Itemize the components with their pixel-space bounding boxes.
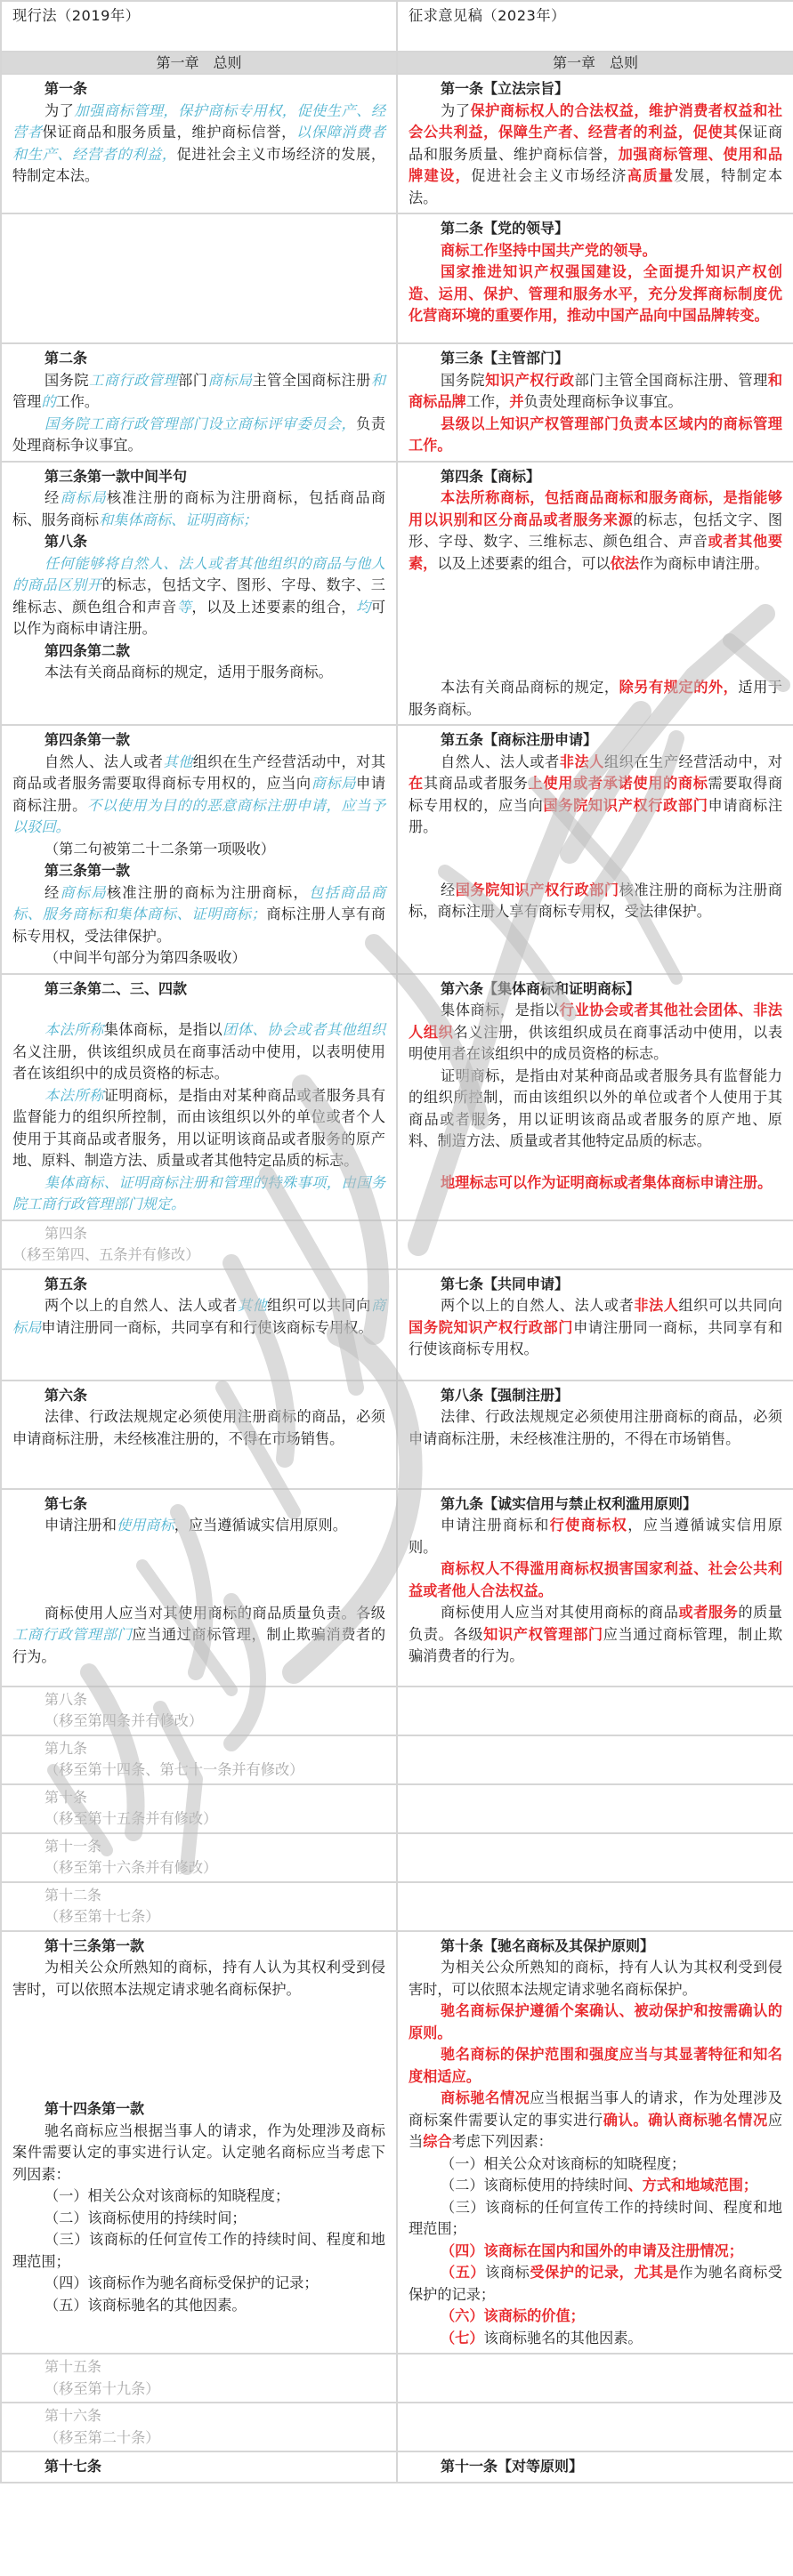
- text-run: 组织可以共同向: [679, 1297, 783, 1314]
- removed-text: 其他: [163, 753, 192, 770]
- article-paragraph: 自然人、法人或者非法人组织在生产经营活动中，对在其商品或者服务上使用或者承诺使用…: [409, 752, 782, 839]
- spacer: [409, 575, 782, 677]
- text-run: （四）该商标作为驰名商标受保护的记录；: [45, 2274, 319, 2291]
- article-paragraph: 法律、行政法规规定必须使用注册商标的商品，必须申请商标注册，未经核准注册的，不得…: [12, 1406, 385, 1450]
- added-text: 县级以上知识产权管理部门负责本区域内的商标管理工作。: [409, 415, 782, 455]
- text-run: 两个以上的自然人、法人或者: [45, 1297, 238, 1314]
- article-paragraph: 集体商标、证明商标注册和管理的特殊事项，由国务院工商行政管理部门规定。: [12, 1172, 385, 1216]
- added-text: 商标工作坚持中国共产党的领导。: [441, 242, 657, 259]
- text-run: （三）该商标的任何宣传工作的持续时间、程度和地理范围；: [12, 2231, 385, 2270]
- added-text: 、方式和地域范围；: [627, 2177, 757, 2194]
- article-title: 第三条【主管部门】: [409, 348, 782, 370]
- current-law-cell: 第二条国务院工商行政管理部门商标局主管全国商标注册和管理的工作。国务院工商行政管…: [1, 343, 397, 462]
- removed-text: 工商行政管理部门: [12, 1626, 132, 1643]
- added-text: 在: [409, 775, 424, 792]
- article-paragraph: （中间半句部分为第四条吸收）: [12, 947, 385, 970]
- text-run: 工作。: [56, 393, 100, 410]
- removed-text: 均: [356, 599, 371, 616]
- article-title: 第三条第一款中间半句: [12, 466, 385, 488]
- text-run: 经: [441, 881, 456, 898]
- column-header-current-law: 现行法（2019年）: [1, 1, 397, 52]
- article-title: 第十七条: [12, 2456, 385, 2478]
- draft-cell: 第五条【商标注册申请】自然人、法人或者非法人组织在生产经营活动中，对在其商品或者…: [397, 725, 793, 974]
- spacer: [409, 839, 782, 880]
- article-paragraph: 申请注册和使用商标，应当遵循诚实信用原则。: [12, 1515, 385, 1537]
- added-text: 除另有规定的外，: [619, 679, 739, 696]
- removed-text: 等: [177, 599, 192, 616]
- article-paragraph: 国务院工商行政管理部门商标局主管全国商标注册和管理的工作。: [12, 370, 385, 414]
- added-text: 非法人: [634, 1297, 678, 1314]
- removed-text: 集体商标、证明商标注册和管理的特殊事项，由国务院工商行政管理部门规定。: [12, 1174, 385, 1213]
- added-text: 商标驰名情况: [441, 2089, 530, 2106]
- added-text: 上使用或者承诺使用的商标: [529, 775, 708, 792]
- current-law-cell: 第三条第二、三、四款本法所称集体商标，是指以团体、协会或者其他组织名义注册，供该…: [1, 974, 397, 1220]
- added-text: 驰名商标的保护范围和强度应当与其显著特征和知名度相适应。: [409, 2046, 782, 2085]
- text-run: 组织可以共同向: [267, 1297, 371, 1314]
- article-paragraph: 为了加强商标管理，保护商标专用权，促使生产、经营者保证商品和服务质量，维护商标信…: [12, 101, 385, 188]
- article-title: 第四条第二款: [12, 640, 385, 663]
- article-paragraph: （四）该商标在国内和国外的申请及注册情况；: [409, 2241, 782, 2263]
- added-text: 商标权人不得滥用商标权损害国家利益、社会公共利益或者他人合法权益。: [409, 1560, 782, 1599]
- text-run: 以及上述要素的组合，可以: [437, 555, 610, 572]
- article-paragraph: 国务院工商行政管理部门设立商标评审委员会，负责处理商标争议事宜。: [12, 414, 385, 457]
- removed-text: 国务院工商行政管理部门设立商标评审委员会，: [45, 415, 356, 432]
- current-law-cell: 第四条第一款自然人、法人或者其他组织在生产经营活动中，对其商品或者服务需要取得商…: [1, 725, 397, 974]
- draft-cell: 第七条【共同申请】两个以上的自然人、法人或者非法人组织可以共同向国务院知识产权行…: [397, 1269, 793, 1381]
- added-text: 国务院知识产权行政部门: [543, 797, 708, 814]
- chapter-row: 第一章 总则 第一章 总则: [1, 52, 793, 74]
- article-paragraph: （四）该商标作为驰名商标受保护的记录；: [12, 2273, 385, 2295]
- article-paragraph: 商标驰名情况应当根据当事人的请求，作为处理涉及商标案件需要认定的事实进行确认。确…: [409, 2088, 782, 2153]
- moved-note: （移至第十七条）: [12, 1906, 385, 1928]
- text-run: 为相关公众所熟知的商标，持有人认为其权利受到侵害时，可以依照本法规定请求驰名商标…: [409, 1959, 782, 1998]
- spacer: [12, 1000, 385, 1019]
- article-paragraph: （五）该商标受保护的记录，尤其是作为驰名商标受保护的记录；: [409, 2262, 782, 2306]
- current-law-cell: 第四条（移至第四、五条并有修改）: [1, 1220, 397, 1269]
- moved-note: （移至第四、五条并有修改）: [12, 1244, 385, 1267]
- text-run: 主管全国商标注册: [252, 372, 370, 389]
- article-paragraph: 商标使用人应当对其使用商标的商品或者服务的质量负责。各级知识产权管理部门应当通过…: [409, 1602, 782, 1668]
- added-text: 地理标志可以作为证明商标或者集体商标申请注册。: [441, 1174, 772, 1191]
- article-row: 第二条【党的领导】商标工作坚持中国共产党的领导。国家推进知识产权强国建设，全面提…: [1, 213, 793, 343]
- removed-text: 和集体商标、证明商标；: [99, 511, 257, 528]
- article-title: 第十条【驰名商标及其保护原则】: [409, 1936, 782, 1958]
- article-paragraph: 本法所称商标，包括商品商标和服务商标，是指能够用以识别和区分商品或者服务来源的标…: [409, 487, 782, 575]
- text-run: （二）该商标使用的持续时间；: [45, 2210, 247, 2226]
- moved-article-title: 第十条: [12, 1787, 385, 1809]
- draft-cell-empty: [397, 2403, 793, 2451]
- current-law-cell: 第十七条: [1, 2451, 397, 2483]
- text-run: 商标使用人应当对其使用商标的商品: [441, 1604, 679, 1621]
- draft-cell-empty: [397, 1833, 793, 1882]
- text-run: 负责处理商标争议事宜。: [524, 393, 683, 410]
- text-run: ，应当遵循诚实信用原则。: [174, 1517, 347, 1534]
- text-run: 考虑下列因素：: [452, 2133, 553, 2150]
- article-paragraph: 本法所称集体商标，是指以团体、协会或者其他组织名义注册，供该组织成员在商事活动中…: [12, 1019, 385, 1085]
- draft-cell: 第八条【强制注册】法律、行政法规规定必须使用注册商标的商品，必须申请商标注册，未…: [397, 1381, 793, 1489]
- text-run: （二）该商标使用的持续时间: [441, 2177, 627, 2194]
- article-title: 第五条【商标注册申请】: [409, 729, 782, 752]
- text-run: 作为商标申请注册。: [639, 555, 769, 572]
- added-text: 依法: [611, 555, 639, 572]
- article-paragraph: （第二句被第二十二条第一项吸收）: [12, 839, 385, 861]
- added-text: 综合: [423, 2133, 451, 2150]
- article-paragraph: 申请注册商标和行使商标权，应当遵循诚实信用原则。: [409, 1515, 782, 1558]
- text-run: 部门主管全国商标注册、管理: [574, 372, 767, 389]
- removed-text: 的: [41, 393, 55, 410]
- moved-article-title: 第四条: [12, 1223, 385, 1245]
- removed-text: 商标局: [312, 775, 356, 792]
- article-paragraph: 为相关公众所熟知的商标，持有人认为其权利受到侵害时，可以依照本法规定请求驰名商标…: [12, 1957, 385, 2000]
- draft-cell: 第四条【商标】本法所称商标，包括商品商标和服务商标，是指能够用以识别和区分商品或…: [397, 462, 793, 726]
- article-row: 第十三条第一款为相关公众所熟知的商标，持有人认为其权利受到侵害时，可以依照本法规…: [1, 1931, 793, 2355]
- moved-article-row: 第九条（移至第十四条、第七十一条并有修改）: [1, 1735, 793, 1784]
- text-run: 国务院: [441, 372, 485, 389]
- article-title: 第三条第一款: [12, 860, 385, 882]
- added-text: 非法人: [560, 753, 604, 770]
- article-title: 第二条: [12, 348, 385, 370]
- removed-text: 使用商标: [117, 1517, 174, 1534]
- draft-cell-empty: [397, 1686, 793, 1735]
- text-run: 本法有关商品商标的规定，: [441, 679, 619, 696]
- current-law-cell: 第一条为了加强商标管理，保护商标专用权，促使生产、经营者保证商品和服务质量，维护…: [1, 74, 397, 213]
- article-paragraph: （一）相关公众对该商标的知晓程度；: [409, 2153, 782, 2176]
- text-run: 国务院: [45, 372, 89, 389]
- added-text: （四）该商标在国内和国外的申请及注册情况；: [441, 2242, 743, 2259]
- current-law-cell: 第七条申请注册和使用商标，应当遵循诚实信用原则。商标使用人应当对其使用商标的商品…: [1, 1489, 397, 1686]
- article-paragraph: （七）该商标驰名的其他因素。: [409, 2328, 782, 2350]
- added-text: 知识产权行政: [485, 372, 574, 389]
- article-title: 第七条: [12, 1493, 385, 1516]
- article-paragraph: 为了保护商标权人的合法权益，维护消费者权益和社会公共利益，保障生产者、经营者的利…: [409, 101, 782, 210]
- added-text: 并: [509, 393, 523, 410]
- moved-note: （移至第十四条、第七十一条并有修改）: [12, 1759, 385, 1782]
- draft-cell-empty: [397, 2354, 793, 2403]
- current-law-cell: 第十条（移至第十五条并有修改）: [1, 1784, 397, 1833]
- article-paragraph: 集体商标，是指以行业协会或者其他社会团体、非法人组织名义注册，供该组织成员在商事…: [409, 1000, 782, 1066]
- article-paragraph: （五）该商标驰名的其他因素。: [12, 2295, 385, 2317]
- article-paragraph: 驰名商标保护遵循个案确认、被动保护和按需确认的原则。: [409, 2000, 782, 2044]
- added-text: 驰名商标保护遵循个案确认、被动保护和按需确认的原则。: [409, 2002, 782, 2041]
- article-title: 第六条: [12, 1385, 385, 1407]
- article-row: 第三条第二、三、四款本法所称集体商标，是指以团体、协会或者其他组织名义注册，供该…: [1, 974, 793, 1220]
- article-paragraph: 商标工作坚持中国共产党的领导。: [409, 240, 782, 262]
- article-title: 第四条第一款: [12, 729, 385, 752]
- removed-text: 商标局: [60, 489, 106, 506]
- draft-cell: 第九条【诚实信用与禁止权利滥用原则】申请注册商标和行使商标权，应当遵循诚实信用原…: [397, 1489, 793, 1686]
- article-paragraph: 两个以上的自然人、法人或者非法人组织可以共同向国务院知识产权行政部门申请注册同一…: [409, 1295, 782, 1361]
- article-paragraph: 国务院知识产权行政部门主管全国商标注册、管理和商标品牌工作，并负责处理商标争议事…: [409, 370, 782, 414]
- current-law-cell: 第三条第一款中间半句经商标局核准注册的商标为注册商标，包括商品商标、服务商标和集…: [1, 462, 397, 726]
- text-run: 经: [45, 489, 60, 506]
- text-run: 经: [45, 884, 60, 901]
- draft-cell-empty: [397, 1220, 793, 1269]
- article-row: 第二条国务院工商行政管理部门商标局主管全国商标注册和管理的工作。国务院工商行政管…: [1, 343, 793, 462]
- added-text: 知识产权管理部门: [483, 1626, 603, 1643]
- current-law-cell: 第八条（移至第四条并有修改）: [1, 1686, 397, 1735]
- text-run: 证明商标，是指由对某种商品或者服务具有监督能力的组织所控制，而由该组织以外的单位…: [409, 1067, 782, 1150]
- moved-article-row: 第八条（移至第四条并有修改）: [1, 1686, 793, 1735]
- current-law-cell: 第十三条第一款为相关公众所熟知的商标，持有人认为其权利受到侵害时，可以依照本法规…: [1, 1931, 397, 2355]
- text-run: 部门: [178, 372, 207, 389]
- moved-article-row: 第十二条（移至第十七条）: [1, 1882, 793, 1931]
- article-title: 第十四条第一款: [12, 2098, 385, 2121]
- added-text: （五）: [441, 2264, 485, 2281]
- article-paragraph: 自然人、法人或者其他组织在生产经营活动中，对其商品或者服务需要取得商标专用权的，…: [12, 752, 385, 839]
- article-title: 第九条【诚实信用与禁止权利滥用原则】: [409, 1493, 782, 1516]
- moved-article-title: 第十五条: [12, 2356, 385, 2379]
- article-paragraph: 本法所称证明商标，是指由对某种商品或者服务具有监督能力的组织所控制，而由该组织以…: [12, 1085, 385, 1172]
- current-law-cell: 第九条（移至第十四条、第七十一条并有修改）: [1, 1735, 397, 1784]
- article-paragraph: （二）该商标使用的持续时间；: [12, 2208, 385, 2230]
- removed-text: 商标局: [207, 372, 252, 389]
- header-row: 现行法（2019年） 征求意见稿（2023年）: [1, 1, 793, 52]
- article-paragraph: 商标权人不得滥用商标权损害国家利益、社会公共利益或者他人合法权益。: [409, 1558, 782, 1602]
- text-run: 申请注册和: [45, 1517, 117, 1534]
- article-title: 第十一条【对等原则】: [409, 2456, 782, 2478]
- article-paragraph: 本法有关商品商标的规定，除另有规定的外，适用于服务商标。: [409, 677, 782, 720]
- moved-note: （移至第十五条并有修改）: [12, 1808, 385, 1831]
- text-run: 保证商品和服务质量，维护商标信誉，: [43, 124, 296, 141]
- text-run: 促进社会主义市场经济: [471, 167, 627, 184]
- moved-article-title: 第八条: [12, 1689, 385, 1711]
- text-run: 商标使用人应当对其使用商标的商品质量负责。各级: [45, 1605, 385, 1622]
- moved-note: （移至第二十条）: [12, 2427, 385, 2450]
- moved-article-title: 第十六条: [12, 2405, 385, 2427]
- article-paragraph: 两个以上的自然人、法人或者其他组织可以共同向商标局申请注册同一商标，共同享有和行…: [12, 1295, 385, 1339]
- article-title: 第一条【立法宗旨】: [409, 78, 782, 101]
- removed-text: 商标局: [60, 884, 106, 901]
- article-paragraph: 县级以上知识产权管理部门负责本区域内的商标管理工作。: [409, 414, 782, 457]
- current-law-cell: 第六条法律、行政法规规定必须使用注册商标的商品，必须申请商标注册，未经核准注册的…: [1, 1381, 397, 1489]
- article-paragraph: 地理标志可以作为证明商标或者集体商标申请注册。: [409, 1172, 782, 1195]
- moved-article-title: 第九条: [12, 1738, 385, 1760]
- article-paragraph: 商标使用人应当对其使用商标的商品质量负责。各级工商行政管理部门应当通过商标管理，…: [12, 1603, 385, 1669]
- article-paragraph: （六）该商标的价值；: [409, 2306, 782, 2328]
- text-run: 为了: [45, 102, 74, 119]
- added-text: （六）该商标的价值；: [441, 2307, 585, 2324]
- article-paragraph: 法律、行政法规规定必须使用注册商标的商品，必须申请商标注册，未经核准注册的，不得…: [409, 1406, 782, 1450]
- added-text: 高质量: [627, 167, 675, 184]
- added-text: 行使商标权: [550, 1517, 628, 1534]
- draft-cell: 第一条【立法宗旨】为了保护商标权人的合法权益，维护消费者权益和社会公共利益，保障…: [397, 74, 793, 213]
- moved-article-row: 第十一条（移至第十六条并有修改）: [1, 1833, 793, 1882]
- article-row: 第六条法律、行政法规规定必须使用注册商标的商品，必须申请商标注册，未经核准注册的…: [1, 1381, 793, 1489]
- article-row: 第三条第一款中间半句经商标局核准注册的商标为注册商标，包括商品商标、服务商标和集…: [1, 462, 793, 726]
- removed-text: 工商行政管理: [89, 372, 178, 389]
- text-run: 申请注册同一商标，共同享有和行使该商标专用权。: [41, 1319, 372, 1336]
- added-text: 或者服务: [679, 1604, 739, 1621]
- draft-cell-empty: [397, 1735, 793, 1784]
- spacer: [12, 2000, 385, 2098]
- removed-text: 团体、协会或者其他组织: [223, 1021, 385, 1038]
- text-run: （三）该商标的任何宣传工作的持续时间、程度和地理范围；: [409, 2199, 782, 2238]
- article-paragraph: 经国务院知识产权行政部门核准注册的商标为注册商标，商标注册人享有商标专用权，受法…: [409, 880, 782, 923]
- current-law-cell: 第十二条（移至第十七条）: [1, 1882, 397, 1931]
- chapter-title-left: 第一章 总则: [1, 52, 397, 74]
- removed-text: 和: [371, 372, 385, 389]
- article-paragraph: 国家推进知识产权强国建设，全面提升知识产权创造、运用、保护、管理和服务水平，充分…: [409, 262, 782, 327]
- removed-text: 本法所称: [45, 1021, 104, 1038]
- text-run: 工作，: [466, 393, 510, 410]
- current-law-cell: 第十五条（移至第十九条）: [1, 2354, 397, 2403]
- article-title: 第八条【强制注册】: [409, 1385, 782, 1407]
- article-title: 第一条: [12, 78, 385, 101]
- text-run: 本法有关商品商标的规定，适用于服务商标。: [45, 664, 333, 680]
- article-title: 第七条【共同申请】: [409, 1274, 782, 1296]
- text-run: 为了: [441, 102, 470, 119]
- current-law-cell: 第十六条（移至第二十条）: [1, 2403, 397, 2451]
- text-run: （五）该商标驰名的其他因素。: [45, 2297, 247, 2314]
- article-row: 第一条为了加强商标管理，保护商标专用权，促使生产、经营者保证商品和服务质量，维护…: [1, 74, 793, 213]
- current-law-cell: 第五条两个以上的自然人、法人或者其他组织可以共同向商标局申请注册同一商标，共同享…: [1, 1269, 397, 1381]
- text-run: 两个以上的自然人、法人或者: [441, 1297, 634, 1314]
- article-paragraph: 为相关公众所熟知的商标，持有人认为其权利受到侵害时，可以依照本法规定请求驰名商标…: [409, 1957, 782, 2000]
- current-law-cell: [1, 213, 397, 343]
- current-law-cell: 第十一条（移至第十六条并有修改）: [1, 1833, 397, 1882]
- text-run: 名义注册，供该组织成员在商事活动中使用，以表明使用者在该组织中的成员资格的标志。: [409, 1024, 782, 1063]
- comparison-table: 现行法（2019年） 征求意见稿（2023年） 第一章 总则 第一章 总则 第一…: [0, 0, 793, 2483]
- added-text: 国家推进知识产权强国建设，全面提升知识产权创造、运用、保护、管理和服务水平，充分…: [409, 263, 782, 324]
- article-title: 第六条【集体商标和证明商标】: [409, 978, 782, 1001]
- article-title: 第十三条第一款: [12, 1936, 385, 1958]
- text-run: 其商品或者服务: [424, 775, 529, 792]
- text-run: ，以及上述要素的组合，: [191, 599, 356, 616]
- article-paragraph: 经商标局核准注册的商标为注册商标，包括商品商标、服务商标和集体商标、证明商标；商…: [12, 882, 385, 948]
- article-title: 第三条第二、三、四款: [12, 978, 385, 1001]
- moved-article-row: 第十六条（移至第二十条）: [1, 2403, 793, 2451]
- article-paragraph: 经商标局核准注册的商标为注册商标，包括商品商标、服务商标和集体商标、证明商标；: [12, 487, 385, 531]
- article-paragraph: （二）该商标使用的持续时间、方式和地域范围；: [409, 2175, 782, 2197]
- article-title: 第五条: [12, 1274, 385, 1296]
- draft-cell: 第十一条【对等原则】: [397, 2451, 793, 2483]
- text-run: 管理: [12, 393, 41, 410]
- article-row: 第五条两个以上的自然人、法人或者其他组织可以共同向商标局申请注册同一商标，共同享…: [1, 1269, 793, 1381]
- moved-article-title: 第十二条: [12, 1885, 385, 1907]
- removed-text: 其他: [238, 1297, 267, 1314]
- added-text: 受保护的记录，尤其是: [530, 2264, 678, 2281]
- moved-note: （移至第十六条并有修改）: [12, 1857, 385, 1880]
- text-run: 组织在生产经营活动中，对: [604, 753, 782, 770]
- text-run: 为相关公众所熟知的商标，持有人认为其权利受到侵害时，可以依照本法规定请求驰名商标…: [12, 1959, 385, 1998]
- text-run: （第二句被第二十二条第一项吸收）: [45, 841, 275, 857]
- added-text: 确认。确认商标驰名情况: [603, 2112, 768, 2129]
- added-text: （七）: [441, 2330, 484, 2347]
- article-title: 第四条【商标】: [409, 466, 782, 488]
- text-run: 自然人、法人或者: [45, 753, 163, 770]
- moved-article-row: 第四条（移至第四、五条并有修改）: [1, 1220, 793, 1269]
- article-title: 第二条【党的领导】: [409, 218, 782, 240]
- article-row: 第十七条第十一条【对等原则】: [1, 2451, 793, 2483]
- article-row: 第四条第一款自然人、法人或者其他组织在生产经营活动中，对其商品或者服务需要取得商…: [1, 725, 793, 974]
- article-paragraph: 本法有关商品商标的规定，适用于服务商标。: [12, 662, 385, 684]
- draft-cell: 第十条【驰名商标及其保护原则】为相关公众所熟知的商标，持有人认为其权利受到侵害时…: [397, 1931, 793, 2355]
- draft-cell: 第六条【集体商标和证明商标】集体商标，是指以行业协会或者其他社会团体、非法人组织…: [397, 974, 793, 1220]
- moved-article-row: 第十五条（移至第十九条）: [1, 2354, 793, 2403]
- spacer: [409, 1153, 782, 1172]
- added-text: 国务院知识产权行政部门: [456, 881, 619, 898]
- text-run: 集体商标，是指以: [441, 1002, 560, 1018]
- text-run: 名义注册，供该组织成员在商事活动中使用，以表明使用者在该组织中的成员资格的标志。: [12, 1043, 385, 1083]
- article-title: 第八条: [12, 531, 385, 553]
- text-run: 集体商标，是指以: [104, 1021, 223, 1038]
- text-run: 该商标驰名的其他因素。: [484, 2330, 643, 2347]
- text-run: 申请注册商标和: [441, 1517, 550, 1534]
- text-run: （一）相关公众对该商标的知晓程度；: [441, 2155, 685, 2172]
- draft-cell: 第三条【主管部门】国务院知识产权行政部门主管全国商标注册、管理和商标品牌工作，并…: [397, 343, 793, 462]
- comparison-document: 现行法（2019年） 征求意见稿（2023年） 第一章 总则 第一章 总则 第一…: [0, 0, 793, 2483]
- text-run: 该商标: [485, 2264, 530, 2281]
- draft-cell: 第二条【党的领导】商标工作坚持中国共产党的领导。国家推进知识产权强国建设，全面提…: [397, 213, 793, 343]
- column-header-draft: 征求意见稿（2023年）: [397, 1, 793, 52]
- article-paragraph: （三）该商标的任何宣传工作的持续时间、程度和地理范围；: [12, 2229, 385, 2273]
- draft-cell-empty: [397, 1882, 793, 1931]
- article-paragraph: 驰名商标的保护范围和强度应当与其显著特征和知名度相适应。: [409, 2044, 782, 2088]
- moved-article-row: 第十条（移至第十五条并有修改）: [1, 1784, 793, 1833]
- text-run: 驰名商标应当根据当事人的请求，作为处理涉及商标案件需要认定的事实进行认定。认定驰…: [12, 2122, 385, 2183]
- article-paragraph: （三）该商标的任何宣传工作的持续时间、程度和地理范围；: [409, 2197, 782, 2241]
- removed-text: 本法所称: [45, 1087, 104, 1104]
- article-paragraph: （一）相关公众对该商标的知晓程度；: [12, 2186, 385, 2208]
- article-paragraph: 任何能够将自然人、法人或者其他组织的商品与他人的商品区别开的标志，包括文字、图形…: [12, 553, 385, 640]
- added-text: 国务院知识产权行政部门: [409, 1319, 573, 1336]
- draft-cell-empty: [397, 1784, 793, 1833]
- text-run: 法律、行政法规规定必须使用注册商标的商品，必须申请商标注册，未经核准注册的，不得…: [12, 1408, 385, 1447]
- text-run: （一）相关公众对该商标的知晓程度；: [45, 2187, 289, 2204]
- moved-note: （移至第四条并有修改）: [12, 1711, 385, 1733]
- article-paragraph: 驰名商标应当根据当事人的请求，作为处理涉及商标案件需要认定的事实进行认定。认定驰…: [12, 2121, 385, 2186]
- moved-article-title: 第十一条: [12, 1836, 385, 1858]
- spacer: [12, 1537, 385, 1603]
- article-row: 第七条申请注册和使用商标，应当遵循诚实信用原则。商标使用人应当对其使用商标的商品…: [1, 1489, 793, 1686]
- text-run: 法律、行政法规规定必须使用注册商标的商品，必须申请商标注册，未经核准注册的，不得…: [409, 1408, 782, 1447]
- article-paragraph: 证明商标，是指由对某种商品或者服务具有监督能力的组织所控制，而由该组织以外的单位…: [409, 1066, 782, 1153]
- text-run: （中间半句部分为第四条吸收）: [45, 949, 247, 966]
- moved-note: （移至第十九条）: [12, 2379, 385, 2401]
- chapter-title-right: 第一章 总则: [397, 52, 793, 74]
- text-run: 核准注册的商标为注册商标，: [107, 884, 309, 901]
- text-run: 自然人、法人或者: [441, 753, 560, 770]
